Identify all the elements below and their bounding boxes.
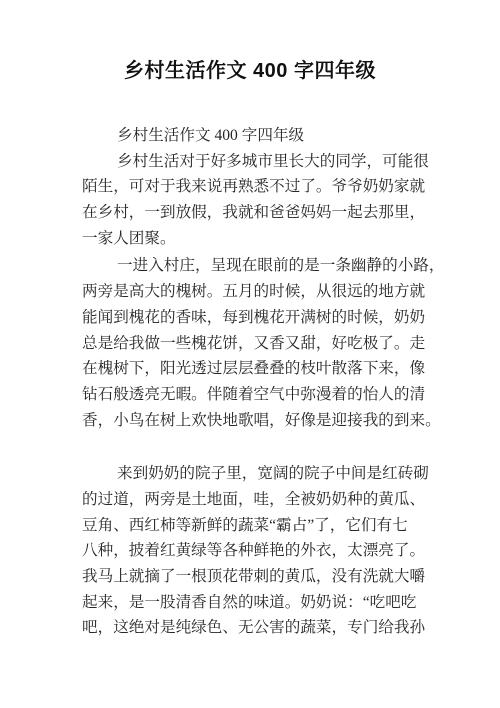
- text-line: 乡村生活作文 400 字四年级: [82, 123, 452, 149]
- text-line: 我马上就摘了一根顶花带刺的黄瓜，没有洗就大嚼: [82, 564, 452, 590]
- text-line: 来到奶奶的院子里，宽阔的院子中间是红砖砌: [82, 461, 452, 487]
- text-line: 起来，是一股清香自然的味道。奶奶说：“吃吧吃: [82, 590, 452, 616]
- text-line: 香，小鸟在树上欢快地歌唱，好像是迎接我的到来。: [82, 408, 452, 434]
- text-line: 豆角、西红柿等新鲜的蔬菜“霸占”了，它们有七: [82, 513, 452, 539]
- text-line: 的过道，两旁是土地面，哇，全被奶奶种的黄瓜、: [82, 487, 452, 513]
- text-line: 吧，这绝对是纯绿色、无公害的蔬菜，专门给我孙: [82, 615, 452, 641]
- text-line: 两旁是高大的槐树。五月的时候，从很远的地方就: [82, 279, 452, 305]
- text-line: 八种，披着红黄绿等各种鲜艳的外衣，太漂亮了。: [82, 538, 452, 564]
- text-line: 能闻到槐花的香味，每到槐花开满树的时候，奶奶: [82, 305, 452, 331]
- paragraph-3: 一进入村庄，呈现在眼前的是一条幽静的小路，两旁是高大的槐树。五月的时候，从很远的…: [82, 253, 452, 433]
- text-line: 一进入村庄，呈现在眼前的是一条幽静的小路，: [82, 253, 452, 279]
- text-line: 乡村生活对于好多城市里长大的同学，可能很: [82, 149, 452, 175]
- paragraph-2: 乡村生活对于好多城市里长大的同学，可能很陌生，可对于我来说再熟悉不过了。爷爷奶奶…: [82, 149, 452, 252]
- document-page: 乡村生活作文 400 字四年级 乡村生活作文 400 字四年级乡村生活对于好多城…: [0, 0, 500, 708]
- paragraph-4: 来到奶奶的院子里，宽阔的院子中间是红砖砌的过道，两旁是土地面，哇，全被奶奶种的黄…: [82, 461, 452, 641]
- document-title: 乡村生活作文 400 字四年级: [0, 57, 500, 85]
- text-line: 陌生，可对于我来说再熟悉不过了。爷爷奶奶家就: [82, 174, 452, 200]
- text-line: 钻石般透亮无暇。伴随着空气中弥漫着的怡人的清: [82, 382, 452, 408]
- paragraph-1: 乡村生活作文 400 字四年级: [82, 123, 452, 149]
- text-line: 在乡村，一到放假，我就和爸爸妈妈一起去那里，: [82, 200, 452, 226]
- text-line: 一家人团聚。: [82, 226, 452, 252]
- document-body: 乡村生活作文 400 字四年级乡村生活对于好多城市里长大的同学，可能很陌生，可对…: [82, 123, 452, 641]
- text-line: 总是给我做一些槐花饼，又香又甜，好吃极了。走: [82, 331, 452, 357]
- text-line: 在槐树下，阳光透过层层叠叠的枝叶散落下来，像: [82, 356, 452, 382]
